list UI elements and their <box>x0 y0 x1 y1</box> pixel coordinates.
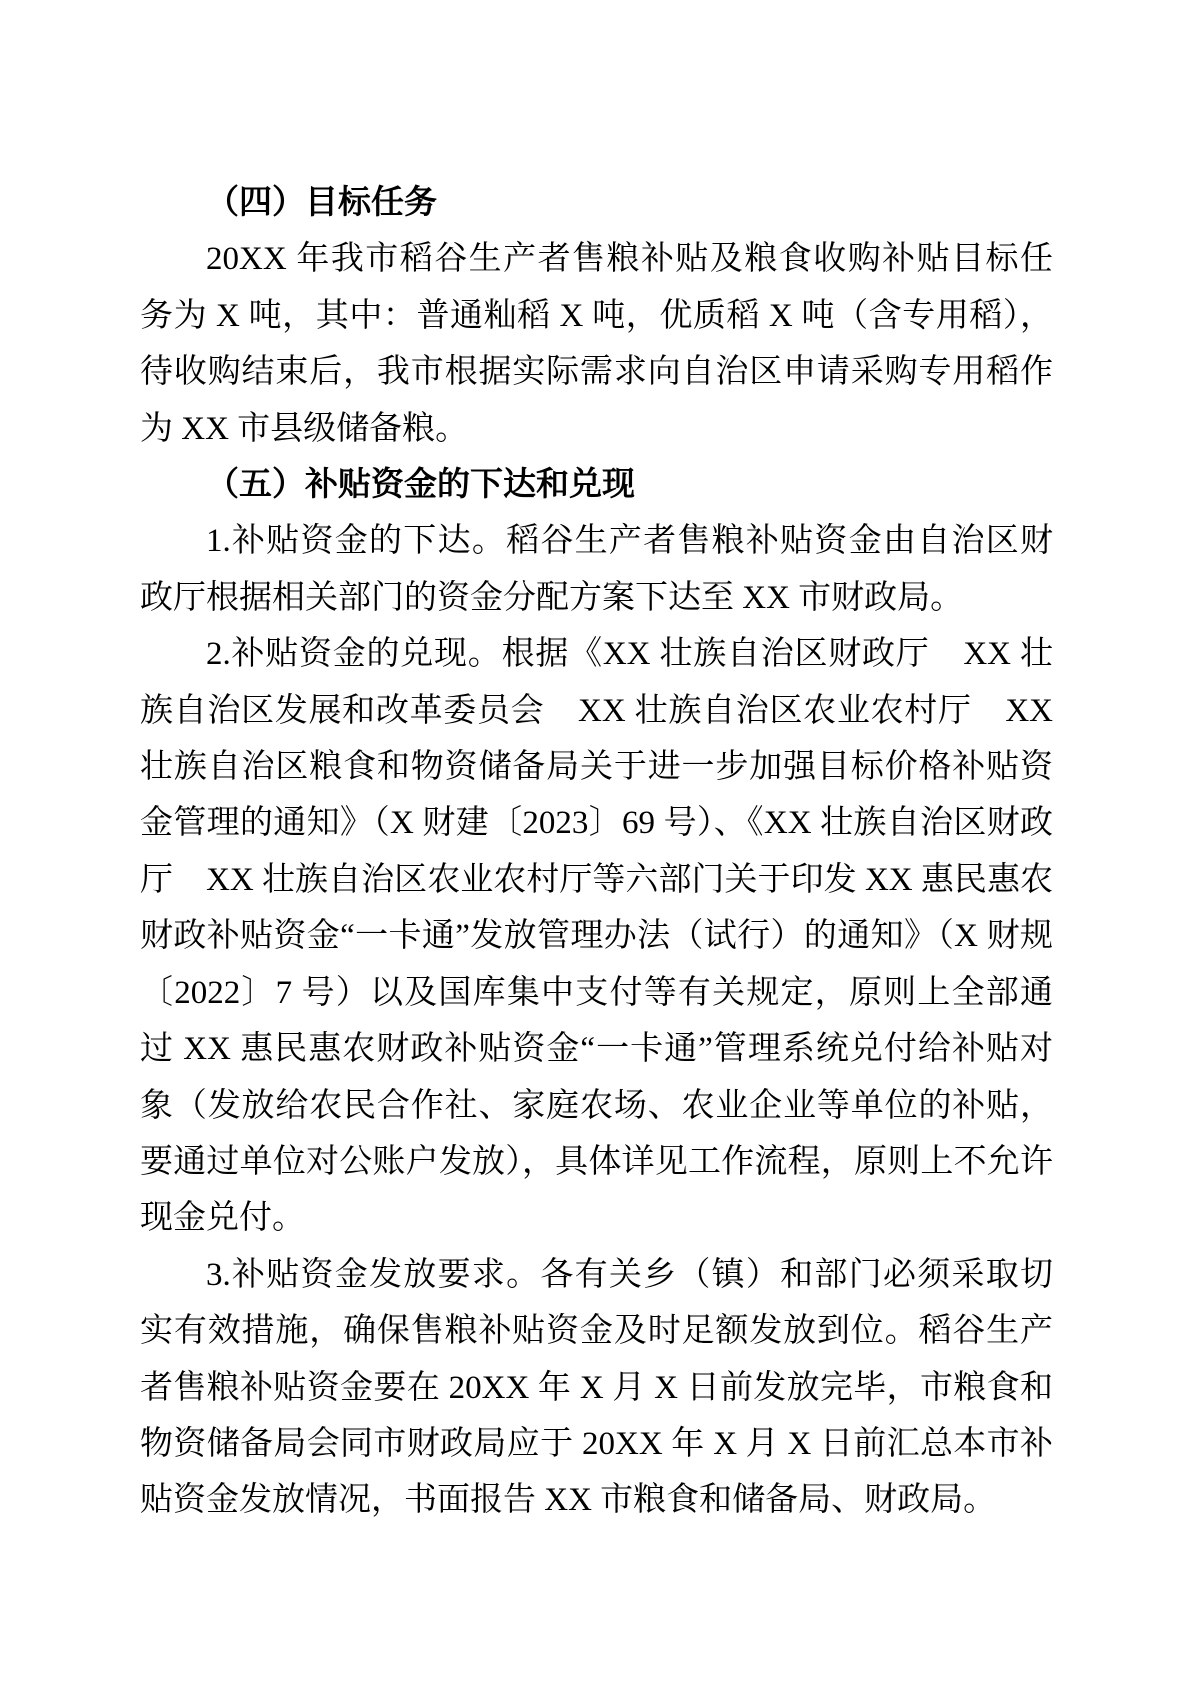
document-body: （四）目标任务 20XX 年我市稻谷生产者售粮补贴及粮食收购补贴目标任务为 X … <box>140 0 1053 1529</box>
paragraph-target-tasks-body: 20XX 年我市稻谷生产者售粮补贴及粮食收购补贴目标任务为 X 吨，其中：普通籼… <box>140 231 1053 457</box>
paragraph-subsidy-fund-payment: 2.补贴资金的兑现。根据《XX 壮族自治区财政厅 XX 壮族自治区发展和改革委员… <box>140 626 1053 1246</box>
heading-section-5-subsidy-funds: （五）补贴资金的下达和兑现 <box>140 457 1053 513</box>
paragraph-subsidy-fund-distribution-requirements: 3.补贴资金发放要求。各有关乡（镇）和部门必须采取切实有效措施，确保售粮补贴资金… <box>140 1247 1053 1529</box>
heading-section-4-target-tasks: （四）目标任务 <box>140 175 1053 231</box>
paragraph-subsidy-fund-allocation: 1.补贴资金的下达。稻谷生产者售粮补贴资金由自治区财政厅根据相关部门的资金分配方… <box>140 513 1053 626</box>
document-page: （四）目标任务 20XX 年我市稻谷生产者售粮补贴及粮食收购补贴目标任务为 X … <box>0 0 1190 1683</box>
